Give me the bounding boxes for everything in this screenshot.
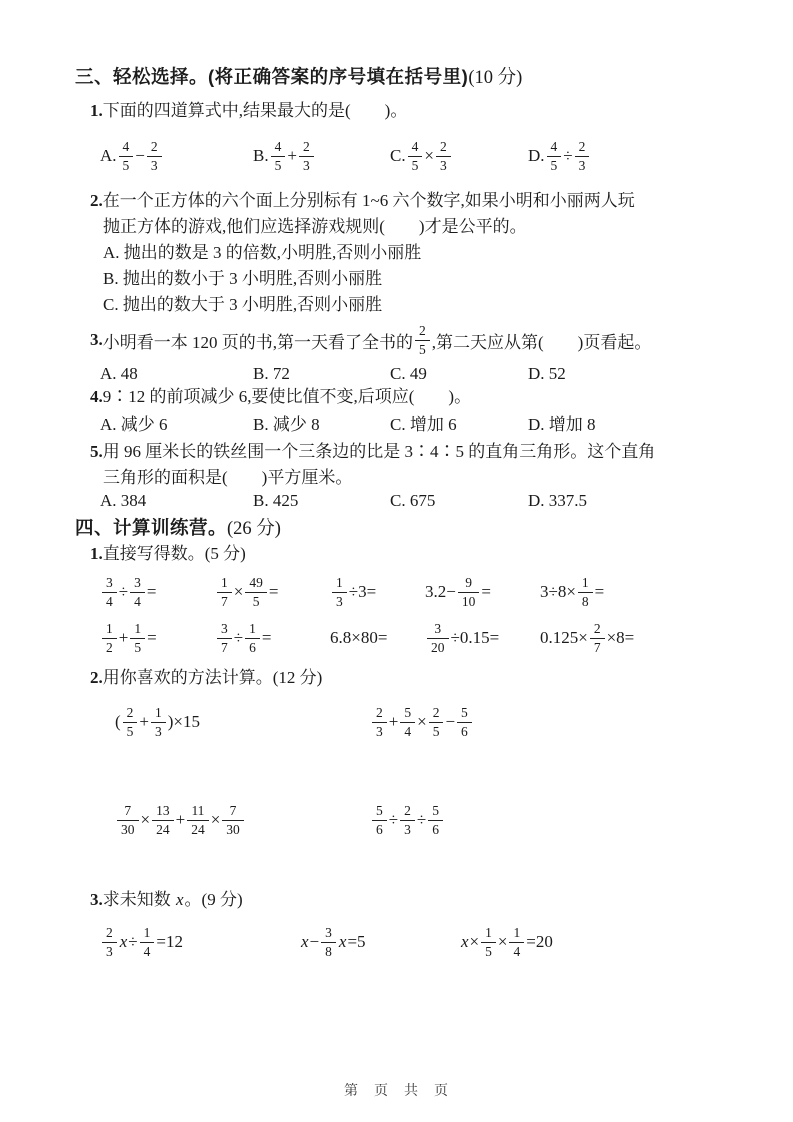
fraction: 730 bbox=[222, 804, 244, 836]
fraction: 13 bbox=[151, 706, 166, 738]
denominator: 7 bbox=[217, 592, 232, 609]
fraction: 23 bbox=[436, 140, 451, 172]
calc3-item: 23x÷14=12 bbox=[100, 926, 300, 958]
calc2-row2: 730×1324+1124×730 56÷23÷56 bbox=[115, 797, 743, 843]
expr-text: B. 425 bbox=[253, 491, 298, 511]
denominator: 30 bbox=[222, 820, 244, 837]
numerator: 4 bbox=[119, 140, 134, 156]
numerator: 2 bbox=[429, 706, 444, 722]
calc1-item: 0.125×27×8= bbox=[540, 622, 743, 654]
denominator: 5 bbox=[245, 592, 267, 609]
numerator: 3 bbox=[102, 576, 117, 592]
fraction: 25 bbox=[429, 706, 444, 738]
fraction: 910 bbox=[458, 576, 480, 608]
fraction: 25 bbox=[123, 706, 138, 738]
expr-text: =20 bbox=[526, 932, 553, 952]
italic-variable: x bbox=[119, 932, 129, 952]
q2-stem-line1: 2.在一个正方体的六个面上分别标有 1~6 六个数字,如果小明和小丽两人玩 bbox=[90, 188, 743, 214]
expr-text: C. bbox=[390, 146, 406, 166]
denominator: 6 bbox=[245, 638, 260, 655]
section-4-title: 四、计算训练营。(26 分) bbox=[75, 515, 743, 541]
expr-text: ÷ bbox=[128, 932, 137, 952]
numerator: 3 bbox=[130, 576, 145, 592]
q4-options: A. 减少 6 B. 减少 8 C. 增加 6 D. 增加 8 bbox=[100, 410, 743, 435]
expr-text: 抛正方体的游戏,他们应选择游戏规则( )才是公平的。 bbox=[103, 217, 527, 236]
expr-text: ×8= bbox=[607, 628, 635, 648]
expr-text: 9∶12 的前项减少 6,要使比值不变,后项应( )。 bbox=[103, 387, 471, 406]
q5-option-d: D. 337.5 bbox=[528, 491, 743, 511]
q2-stem-line2: 抛正方体的游戏,他们应选择游戏规则( )才是公平的。 bbox=[103, 214, 743, 240]
fraction: 12 bbox=[102, 622, 117, 654]
expr-text: 3÷8× bbox=[540, 582, 576, 602]
expr-text: = bbox=[147, 628, 157, 648]
numerator: 3 bbox=[217, 622, 232, 638]
numerator: 2 bbox=[299, 140, 314, 156]
fraction: 45 bbox=[547, 140, 562, 172]
q1-options: A.45−23 B.45+23 C.45×23 D.45÷23 bbox=[100, 132, 743, 180]
q5-option-c: C. 675 bbox=[390, 491, 528, 511]
q4-option-c: C. 增加 6 bbox=[390, 410, 528, 435]
q4-option-a: A. 减少 6 bbox=[100, 410, 253, 435]
numerator: 7 bbox=[222, 804, 244, 820]
numerator: 2 bbox=[372, 706, 387, 722]
italic-variable: x bbox=[338, 932, 348, 952]
q3-option-a: A. 48 bbox=[100, 364, 253, 384]
expr-text: B. bbox=[253, 146, 269, 166]
expr-text: ÷3= bbox=[349, 582, 376, 602]
expr-text: D. bbox=[528, 146, 545, 166]
expr-text: 用 96 厘米长的铁丝围一个三条边的比是 3∶4∶5 的直角三角形。这个直角 bbox=[103, 442, 656, 461]
denominator: 7 bbox=[217, 638, 232, 655]
expr-text: 求未知数 bbox=[103, 890, 175, 909]
calc2-item: (25+13)×15 bbox=[115, 706, 370, 738]
expr-text: 下面的四道算式中,结果最大的是( )。 bbox=[103, 101, 408, 120]
fraction: 14 bbox=[509, 926, 524, 958]
fraction: 56 bbox=[457, 706, 472, 738]
numerator: 5 bbox=[372, 804, 387, 820]
q5-stem-line2: 三角形的面积是( )平方厘米。 bbox=[103, 465, 743, 491]
calc-sub1-title: 1.直接写得数。(5 分) bbox=[90, 541, 743, 567]
numerator: 5 bbox=[457, 706, 472, 722]
page-footer: 第 页 共 页 bbox=[0, 1080, 793, 1100]
fraction: 23 bbox=[575, 140, 590, 172]
expr-text: + bbox=[389, 712, 399, 732]
denominator: 5 bbox=[271, 156, 286, 173]
q1-option-d: D.45÷23 bbox=[528, 140, 743, 172]
expr-text: + bbox=[139, 712, 149, 732]
denominator: 5 bbox=[415, 340, 430, 357]
numerator: 49 bbox=[245, 576, 267, 592]
numerator: 9 bbox=[458, 576, 480, 592]
fraction: 23 bbox=[147, 140, 162, 172]
expr-text: + bbox=[176, 810, 186, 830]
expr-text: = bbox=[147, 582, 157, 602]
fraction: 18 bbox=[578, 576, 593, 608]
denominator: 24 bbox=[152, 820, 174, 837]
numerator: 5 bbox=[428, 804, 443, 820]
fraction: 45 bbox=[408, 140, 423, 172]
numerator: 1 bbox=[578, 576, 593, 592]
expr-text: 3.2− bbox=[425, 582, 456, 602]
fraction: 320 bbox=[427, 622, 449, 654]
fraction: 23 bbox=[102, 926, 117, 958]
denominator: 24 bbox=[187, 820, 209, 837]
expr-text: = bbox=[262, 628, 272, 648]
calc1-item: 37÷16= bbox=[215, 622, 330, 654]
q3-option-b: B. 72 bbox=[253, 364, 390, 384]
numerator: 1 bbox=[130, 622, 145, 638]
expr-text: 小明看一本 120 页的书,第一天看了全书的 bbox=[103, 328, 413, 353]
q1-stem: 1.下面的四道算式中,结果最大的是( )。 bbox=[90, 98, 743, 124]
denominator: 3 bbox=[299, 156, 314, 173]
denominator: 8 bbox=[578, 592, 593, 609]
q4-option-d: D. 增加 8 bbox=[528, 410, 743, 435]
expr-text: A. bbox=[100, 146, 117, 166]
denominator: 3 bbox=[332, 592, 347, 609]
denominator: 4 bbox=[140, 942, 155, 959]
denominator: 5 bbox=[130, 638, 145, 655]
bold-label: 4. bbox=[90, 387, 103, 406]
expr-text: × bbox=[424, 146, 434, 166]
denominator: 6 bbox=[372, 820, 387, 837]
numerator: 7 bbox=[117, 804, 139, 820]
denominator: 5 bbox=[408, 156, 423, 173]
calc3-row: 23x÷14=12 x−38x=5 x×15×14=20 bbox=[100, 919, 743, 965]
expr-text: + bbox=[287, 146, 297, 166]
q2-option-b: B. 抛出的数小于 3 小明胜,否则小丽胜 bbox=[103, 266, 743, 292]
denominator: 2 bbox=[102, 638, 117, 655]
calc1-row2: 12+15= 37÷16= 6.8×80= 320÷0.15= 0.125×27… bbox=[100, 615, 743, 661]
fraction: 45 bbox=[119, 140, 134, 172]
expr-text: B. 抛出的数小于 3 小明胜,否则小丽胜 bbox=[103, 269, 382, 288]
numerator: 1 bbox=[332, 576, 347, 592]
q3-options: A. 48 B. 72 C. 49 D. 52 bbox=[100, 364, 743, 384]
numerator: 4 bbox=[547, 140, 562, 156]
numerator: 2 bbox=[400, 804, 415, 820]
denominator: 4 bbox=[130, 592, 145, 609]
fraction: 15 bbox=[130, 622, 145, 654]
calc1-item: 320÷0.15= bbox=[425, 622, 540, 654]
expr-text: C. 49 bbox=[390, 364, 427, 384]
q2-option-a: A. 抛出的数是 3 的倍数,小明胜,否则小丽胜 bbox=[103, 240, 743, 266]
denominator: 4 bbox=[509, 942, 524, 959]
denominator: 7 bbox=[590, 638, 605, 655]
denominator: 3 bbox=[102, 942, 117, 959]
fraction: 34 bbox=[102, 576, 117, 608]
fraction: 15 bbox=[481, 926, 496, 958]
calc1-row1: 34÷34= 17×495= 13÷3= 3.2−910= 3÷8×18= bbox=[100, 569, 743, 615]
expr-text: )×15 bbox=[168, 712, 200, 732]
numerator: 2 bbox=[102, 926, 117, 942]
expr-text: C. 抛出的数大于 3 小明胜,否则小丽胜 bbox=[103, 295, 382, 314]
calc1-item: 3÷8×18= bbox=[540, 576, 743, 608]
expr-text: = bbox=[269, 582, 279, 602]
fraction: 17 bbox=[217, 576, 232, 608]
calc1-item: 13÷3= bbox=[330, 576, 425, 608]
calc1-item: 17×495= bbox=[215, 576, 330, 608]
bold-label: 5. bbox=[90, 442, 103, 461]
denominator: 3 bbox=[575, 156, 590, 173]
denominator: 30 bbox=[117, 820, 139, 837]
calc3-item: x−38x=5 bbox=[300, 926, 460, 958]
expr-text: A. 减少 6 bbox=[100, 410, 168, 435]
numerator: 2 bbox=[147, 140, 162, 156]
expr-text: ÷ bbox=[234, 628, 243, 648]
expr-text: A. 384 bbox=[100, 491, 146, 511]
expr-text: × bbox=[498, 932, 508, 952]
calc1-item: 6.8×80= bbox=[330, 628, 425, 648]
fraction: 23 bbox=[299, 140, 314, 172]
fraction: 34 bbox=[130, 576, 145, 608]
fraction: 495 bbox=[245, 576, 267, 608]
calc2-item: 730×1324+1124×730 bbox=[115, 804, 370, 836]
bold-label: 2. bbox=[90, 191, 103, 210]
numerator: 13 bbox=[152, 804, 174, 820]
numerator: 4 bbox=[271, 140, 286, 156]
q2-option-c: C. 抛出的数大于 3 小明胜,否则小丽胜 bbox=[103, 292, 743, 318]
expr-text: × bbox=[417, 712, 427, 732]
fraction: 730 bbox=[117, 804, 139, 836]
fraction: 23 bbox=[372, 706, 387, 738]
fraction: 25 bbox=[415, 324, 430, 356]
numerator: 5 bbox=[400, 706, 415, 722]
expr-text: ( bbox=[115, 712, 121, 732]
denominator: 5 bbox=[429, 722, 444, 739]
expr-text: × bbox=[234, 582, 244, 602]
numerator: 2 bbox=[575, 140, 590, 156]
denominator: 4 bbox=[400, 722, 415, 739]
denominator: 5 bbox=[123, 722, 138, 739]
bold-label: 三、轻松选择。(将正确答案的序号填在括号里) bbox=[75, 66, 468, 87]
numerator: 2 bbox=[123, 706, 138, 722]
expr-text: ÷ bbox=[563, 146, 572, 166]
expr-text: ÷ bbox=[417, 810, 426, 830]
denominator: 5 bbox=[481, 942, 496, 959]
expr-text: + bbox=[119, 628, 129, 648]
expr-text: 三角形的面积是( )平方厘米。 bbox=[103, 468, 352, 487]
numerator: 1 bbox=[217, 576, 232, 592]
fraction: 54 bbox=[400, 706, 415, 738]
bold-label: 2. bbox=[90, 668, 103, 687]
q5-stem-line1: 5.用 96 厘米长的铁丝围一个三条边的比是 3∶4∶5 的直角三角形。这个直角 bbox=[90, 439, 743, 465]
fraction: 23 bbox=[400, 804, 415, 836]
q1-option-c: C.45×23 bbox=[390, 140, 528, 172]
calc1-item: 3.2−910= bbox=[425, 576, 540, 608]
denominator: 10 bbox=[458, 592, 480, 609]
expr-text: (10 分) bbox=[468, 68, 522, 88]
q4-option-b: B. 减少 8 bbox=[253, 410, 390, 435]
expr-text: − bbox=[310, 932, 320, 952]
denominator: 3 bbox=[436, 156, 451, 173]
q3-stem: 3.小明看一本 120 页的书,第一天看了全书的25,第二天应从第( )页看起。 bbox=[90, 318, 743, 362]
expr-text: − bbox=[445, 712, 455, 732]
expr-text: × bbox=[211, 810, 221, 830]
bold-label: 3. bbox=[90, 890, 103, 909]
fraction: 1124 bbox=[187, 804, 209, 836]
numerator: 1 bbox=[140, 926, 155, 942]
calc-sub2-title: 2.用你喜欢的方法计算。(12 分) bbox=[90, 665, 743, 691]
expr-text: ÷ bbox=[389, 810, 398, 830]
expr-text: ,第二天应从第( )页看起。 bbox=[432, 328, 652, 353]
expr-text: ÷ bbox=[119, 582, 128, 602]
denominator: 3 bbox=[372, 722, 387, 739]
expr-text: B. 72 bbox=[253, 364, 290, 384]
denominator: 3 bbox=[400, 820, 415, 837]
expr-text: D. 增加 8 bbox=[528, 410, 596, 435]
calc1-item: 34÷34= bbox=[100, 576, 215, 608]
expr-text: (26 分) bbox=[227, 519, 281, 539]
calc2-item: 23+54×25−56 bbox=[370, 706, 743, 738]
q5-options: A. 384 B. 425 C. 675 D. 337.5 bbox=[100, 491, 743, 511]
q5-option-b: B. 425 bbox=[253, 491, 390, 511]
expr-text: D. 52 bbox=[528, 364, 566, 384]
fraction: 56 bbox=[428, 804, 443, 836]
calc-sub3-title: 3.求未知数 x。(9 分) bbox=[90, 887, 743, 913]
section-3-title: 三、轻松选择。(将正确答案的序号填在括号里)(10 分) bbox=[75, 64, 743, 90]
expr-text: A. 抛出的数是 3 的倍数,小明胜,否则小丽胜 bbox=[103, 243, 421, 262]
bold-label: 1. bbox=[90, 101, 103, 120]
numerator: 1 bbox=[151, 706, 166, 722]
denominator: 5 bbox=[547, 156, 562, 173]
expr-text: 6.8×80= bbox=[330, 628, 387, 648]
numerator: 1 bbox=[481, 926, 496, 942]
expr-text: C. 675 bbox=[390, 491, 435, 511]
expr-text: 。(9 分) bbox=[185, 890, 243, 909]
numerator: 2 bbox=[590, 622, 605, 638]
fraction: 45 bbox=[271, 140, 286, 172]
fraction: 13 bbox=[332, 576, 347, 608]
bold-label: 四、计算训练营。 bbox=[75, 517, 227, 538]
expr-text: × bbox=[141, 810, 151, 830]
numerator: 2 bbox=[436, 140, 451, 156]
fraction: 14 bbox=[140, 926, 155, 958]
fraction: 1324 bbox=[152, 804, 174, 836]
expr-text: B. 减少 8 bbox=[253, 410, 320, 435]
italic-variable: x bbox=[300, 932, 310, 952]
expr-text: ÷0.15= bbox=[451, 628, 500, 648]
numerator: 3 bbox=[427, 622, 449, 638]
expr-text: = bbox=[481, 582, 491, 602]
expr-text: 0.125× bbox=[540, 628, 588, 648]
calc2-row1: (25+13)×15 23+54×25−56 bbox=[115, 699, 743, 745]
numerator: 3 bbox=[321, 926, 336, 942]
expr-text: A. 48 bbox=[100, 364, 138, 384]
bold-label: 1. bbox=[90, 544, 103, 563]
numerator: 1 bbox=[102, 622, 117, 638]
fraction: 27 bbox=[590, 622, 605, 654]
expr-text: − bbox=[135, 146, 145, 166]
expr-text: C. 增加 6 bbox=[390, 410, 457, 435]
expr-text: =12 bbox=[156, 932, 183, 952]
calc3-item: x×15×14=20 bbox=[460, 926, 743, 958]
numerator: 1 bbox=[509, 926, 524, 942]
q4-stem: 4.9∶12 的前项减少 6,要使比值不变,后项应( )。 bbox=[90, 384, 743, 410]
denominator: 3 bbox=[147, 156, 162, 173]
denominator: 5 bbox=[119, 156, 134, 173]
italic-variable: x bbox=[460, 932, 470, 952]
numerator: 11 bbox=[187, 804, 209, 820]
numerator: 2 bbox=[415, 324, 430, 340]
fraction: 37 bbox=[217, 622, 232, 654]
numerator: 4 bbox=[408, 140, 423, 156]
denominator: 4 bbox=[102, 592, 117, 609]
bold-label: 3. bbox=[90, 330, 103, 350]
denominator: 3 bbox=[151, 722, 166, 739]
q3-option-d: D. 52 bbox=[528, 364, 743, 384]
calc2-item: 56÷23÷56 bbox=[370, 804, 743, 836]
expr-text: 在一个正方体的六个面上分别标有 1~6 六个数字,如果小明和小丽两人玩 bbox=[103, 191, 635, 210]
calc1-item: 12+15= bbox=[100, 622, 215, 654]
q1-option-a: A.45−23 bbox=[100, 140, 253, 172]
denominator: 20 bbox=[427, 638, 449, 655]
expr-text: 直接写得数。(5 分) bbox=[103, 544, 246, 563]
denominator: 6 bbox=[457, 722, 472, 739]
numerator: 1 bbox=[245, 622, 260, 638]
denominator: 8 bbox=[321, 942, 336, 959]
expr-text: 用你喜欢的方法计算。(12 分) bbox=[103, 668, 323, 687]
expr-text: × bbox=[470, 932, 480, 952]
q1-option-b: B.45+23 bbox=[253, 140, 390, 172]
expr-text: D. 337.5 bbox=[528, 491, 587, 511]
expr-text: =5 bbox=[347, 932, 365, 952]
fraction: 38 bbox=[321, 926, 336, 958]
expr-text: = bbox=[595, 582, 605, 602]
italic-variable: x bbox=[175, 890, 185, 909]
q5-option-a: A. 384 bbox=[100, 491, 253, 511]
fraction: 56 bbox=[372, 804, 387, 836]
fraction: 16 bbox=[245, 622, 260, 654]
q3-option-c: C. 49 bbox=[390, 364, 528, 384]
denominator: 6 bbox=[428, 820, 443, 837]
worksheet-page: 三、轻松选择。(将正确答案的序号填在括号里)(10 分) 1.下面的四道算式中,… bbox=[0, 0, 793, 1122]
